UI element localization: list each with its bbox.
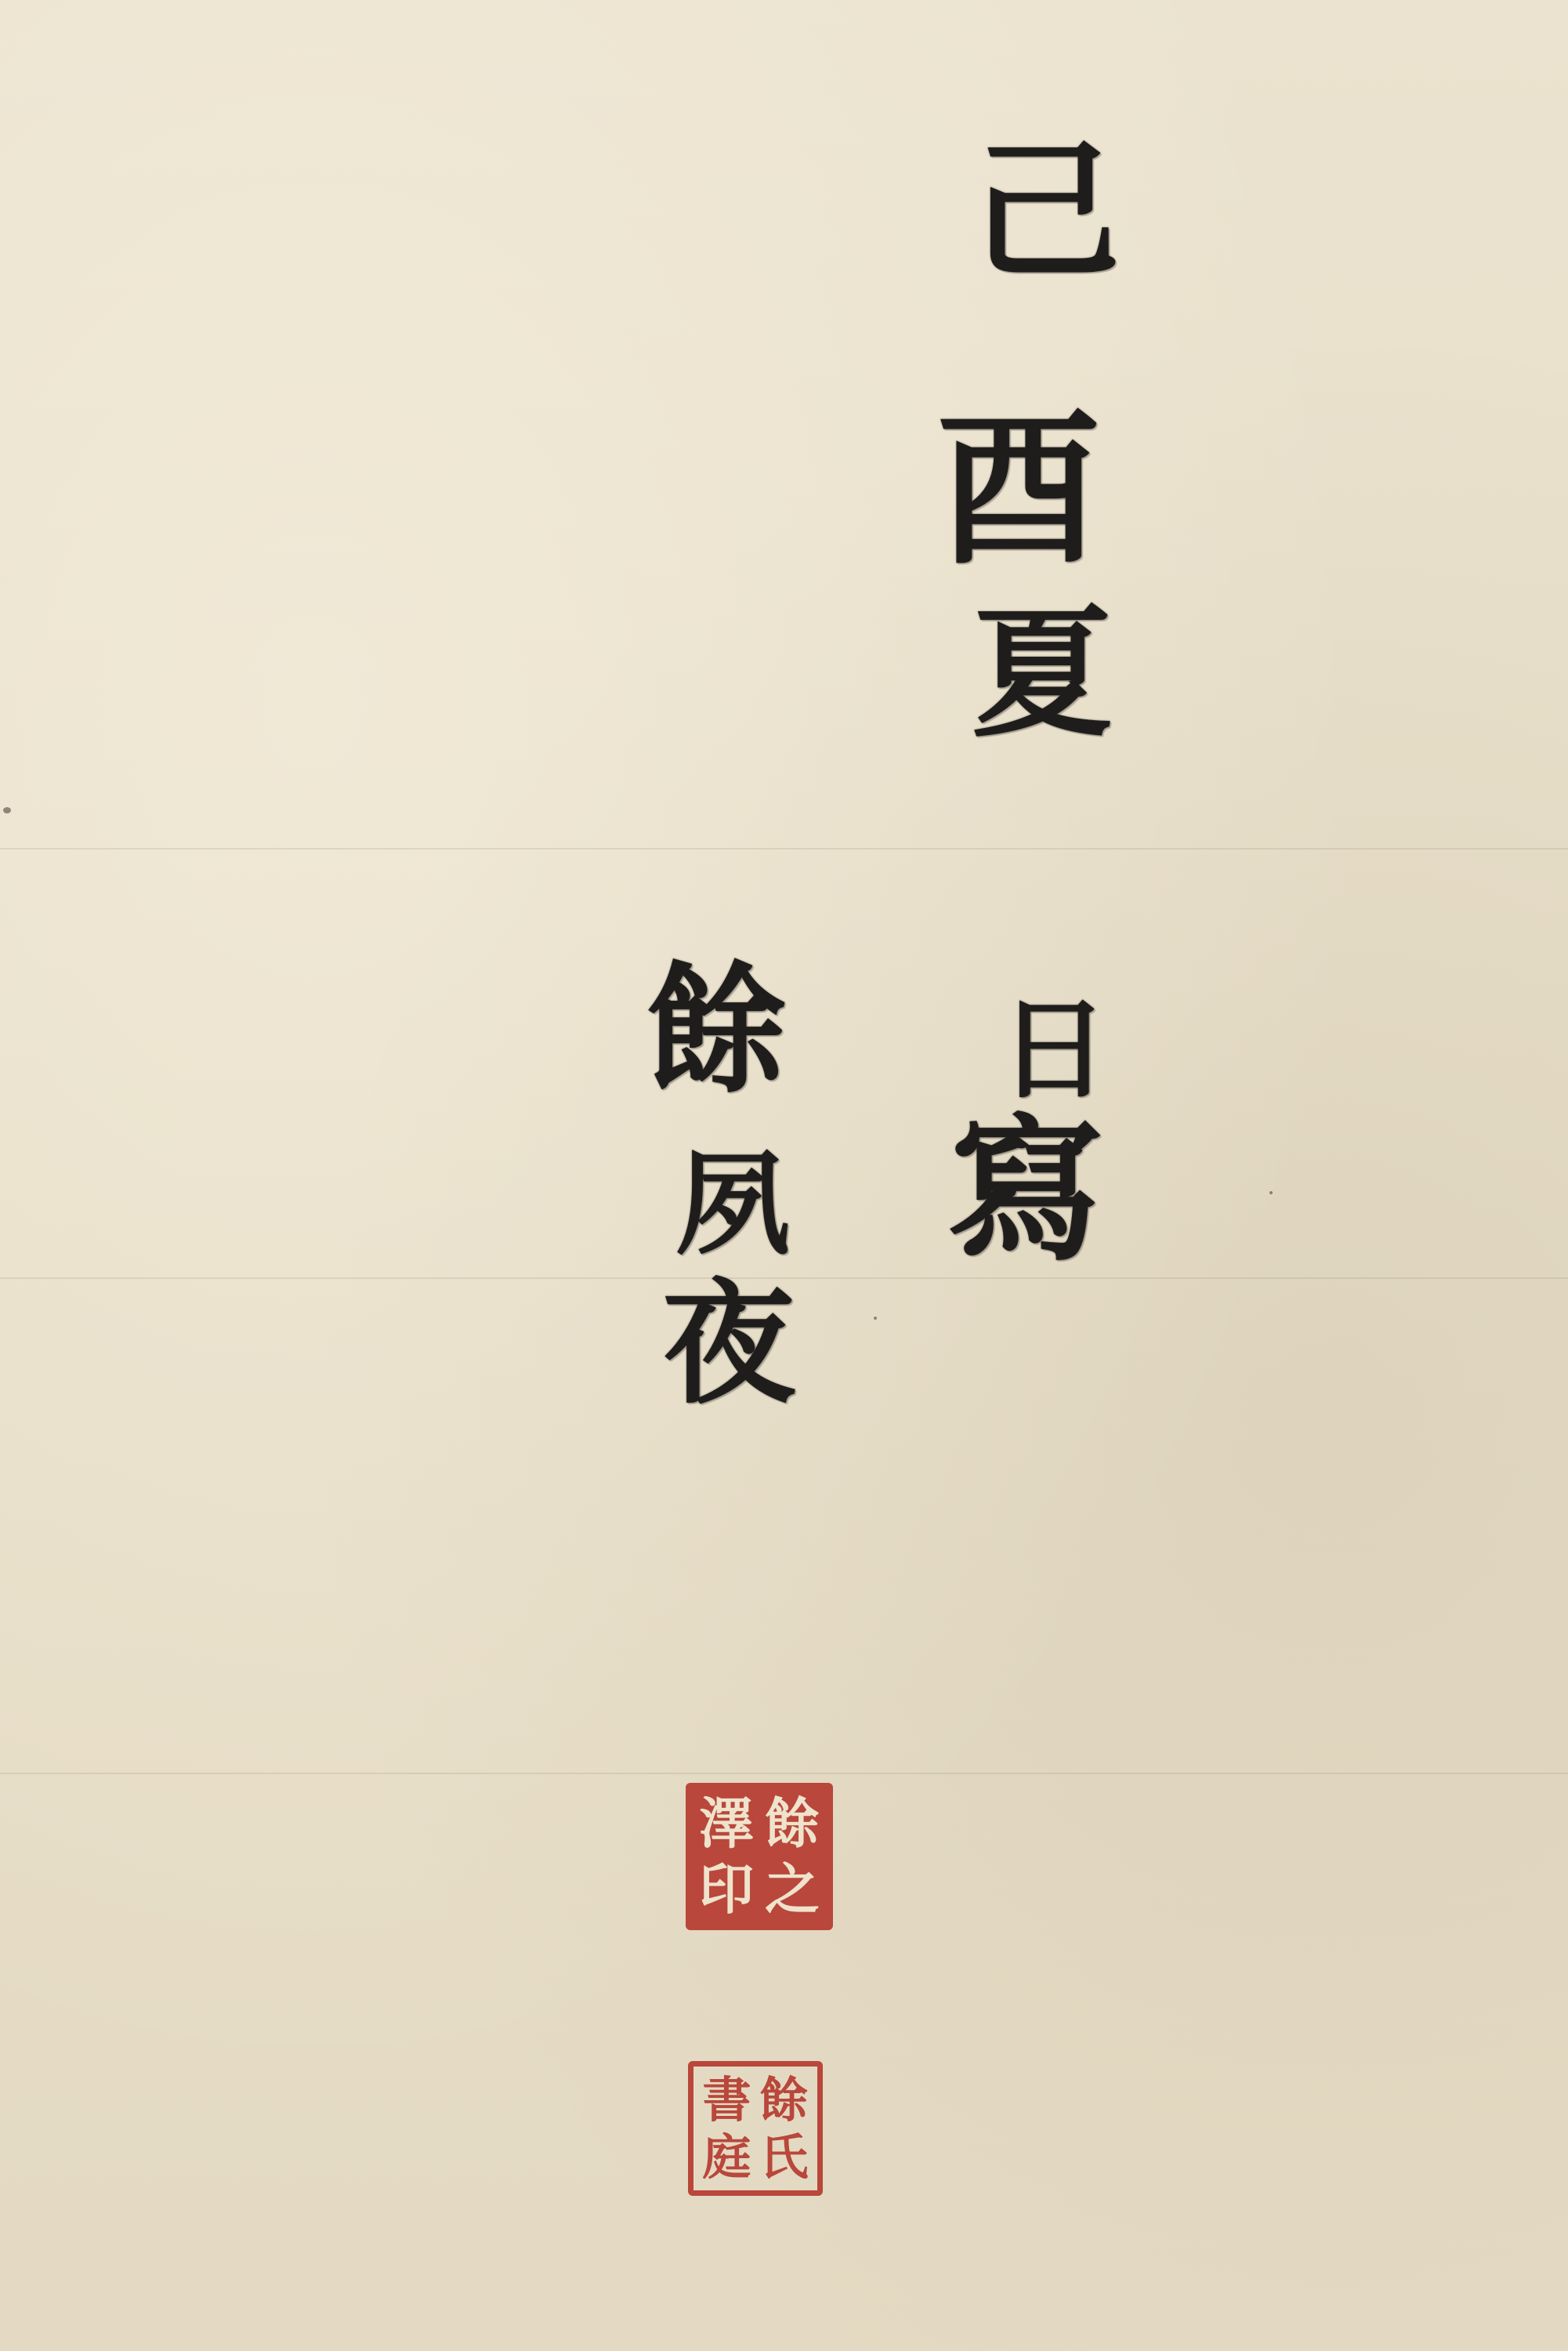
inscription-char: 餘 xyxy=(615,960,819,1109)
inscription-char: 夜 xyxy=(658,1277,799,1426)
paper-crease xyxy=(0,848,1568,849)
seal-char: 餘 xyxy=(755,2071,813,2128)
artist-seal-intaglio: 澤 餘 印 之 xyxy=(686,1783,833,1930)
seal-char: 之 xyxy=(759,1857,825,1922)
paper-speck xyxy=(3,807,11,813)
inscription-char: 夙 xyxy=(666,1148,799,1258)
artist-seal-relief: 書 餘 庭 氏 xyxy=(688,2061,823,2196)
paper-crease xyxy=(0,1773,1568,1774)
inscription-char: 酉 xyxy=(917,408,1121,564)
seal-char: 餘 xyxy=(759,1791,825,1857)
seal-char: 澤 xyxy=(693,1791,759,1857)
seal-char: 書 xyxy=(698,2071,755,2128)
seal-char: 庭 xyxy=(698,2128,755,2186)
inscription-char: 寫 xyxy=(932,1113,1121,1270)
inscription-char: 日 xyxy=(995,995,1113,1105)
inscription-char: 夏 xyxy=(972,603,1097,768)
inscription-char: 己 xyxy=(972,137,1097,333)
seal-char: 氏 xyxy=(755,2128,813,2186)
paper-speck xyxy=(1269,1191,1273,1194)
paper-speck xyxy=(874,1317,877,1320)
seal-char: 印 xyxy=(693,1857,759,1922)
